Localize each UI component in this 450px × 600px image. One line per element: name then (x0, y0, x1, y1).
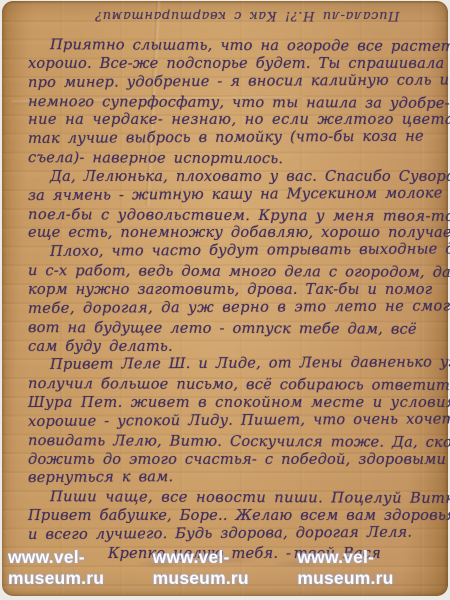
letter-lines: Приятно слышать, что на огороде все раст… (28, 36, 435, 545)
scan-background: { "colors": { "ink": "#43305c", "paper":… (0, 0, 450, 600)
watermark-text: www.vel-museum.ru (8, 547, 153, 589)
letter-line: Плохо, что часто будут отрывать выходные… (28, 241, 435, 262)
letter-paper: Писала-ли Н.?! Как с квартирантами? Прия… (2, 1, 448, 596)
letter-line: повидать Лелю, Витю. Соскучился тоже. Да… (28, 432, 435, 453)
watermark-text: www.vel-museum.ru (153, 547, 298, 589)
letter-line: хорошие - успокой Лиду. Пишет, что очень… (28, 410, 435, 431)
watermark-row: www.vel-museum.ru www.vel-museum.ru www.… (2, 547, 448, 589)
letter-line: вернуться к вам. (28, 467, 435, 488)
letter-line: про минер. удобрение - я вносил калийную… (28, 71, 435, 92)
letter-line: так лучше выбрось в помойку (что-бы коза… (28, 128, 435, 149)
watermark-text: www.vel-museum.ru (297, 547, 442, 589)
letter-line: Приятно слышать, что на огороде все раст… (28, 36, 435, 57)
letter-body: Приятно слышать, что на огороде все раст… (28, 36, 435, 564)
letter-line: немного суперфосфату, что ты нашла за уд… (28, 93, 435, 114)
flipped-header-line: Писала-ли Н.?! Как с квартирантами? (88, 8, 406, 23)
letter-line: хорошо. Все-же подспорье будет. Ты спраш… (28, 55, 435, 74)
letter-line: поел-бы с удовольствием. Крупа у меня тв… (28, 206, 435, 227)
letter-line: получил большое письмо, всё собираюсь от… (28, 375, 435, 396)
letter-line: тебе, дорогая, да уж верно в это лето не… (28, 297, 435, 318)
letter-line: и всего лучшего. Будь здорова, дорогая Л… (28, 523, 435, 544)
letter-line: Пиши чаще, все новости пиши. Поцелуй Вит… (28, 488, 435, 509)
letter-line: вот на будущее лето - отпуск тебе дам, в… (28, 319, 435, 340)
letter-line: за ячмень - житную кашу на Мусекином мол… (28, 184, 435, 205)
letter-line: съела)- наверное испортилось. (28, 149, 435, 170)
letter-line: и с-х работ, ведь дома много дела с огор… (28, 262, 435, 283)
letter-line: Привет Леле Ш. и Лиде, от Лены давненько… (28, 354, 435, 375)
